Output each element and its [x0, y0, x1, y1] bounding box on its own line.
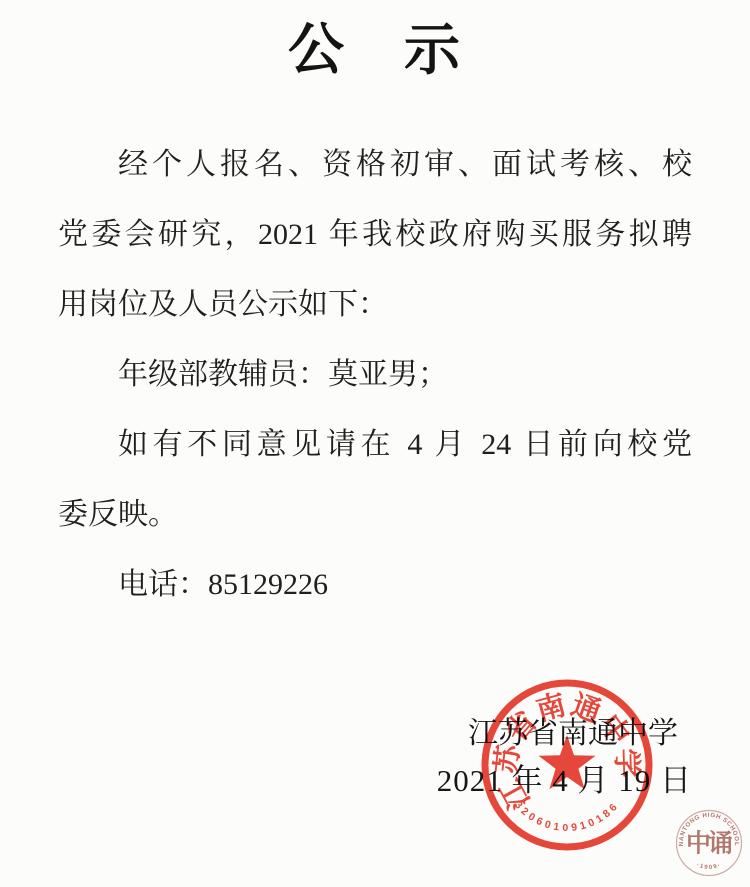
official-seal-stamp: 江苏省南通中学 3206010910186 [477, 675, 657, 855]
body-line: 党委会研究，2021 年我校政府购买服务拟聘 [58, 200, 692, 270]
seal-star-icon [538, 735, 595, 789]
phone-line: 电话：85129226 [58, 550, 692, 620]
page-title: 公 示 [0, 6, 750, 86]
body-line: 经个人报名、资格初审、面试考核、校 [58, 130, 692, 200]
announcement-document: 公 示 经个人报名、资格初审、面试考核、校 党委会研究，2021 年我校政府购买… [0, 0, 750, 887]
logo-year-text: ·1909· [695, 862, 722, 871]
body-line: 委反映。 [58, 480, 692, 550]
logo-center-emblem: 中诵 [686, 830, 733, 858]
body-line: 用岗位及人员公示如下： [58, 270, 692, 340]
school-logo-watermark: NANTONG HIGH SCHOOL ·1909· 中诵 [674, 808, 744, 878]
body-line: 年级部教辅员：莫亚男； [58, 340, 692, 410]
document-body: 经个人报名、资格初审、面试考核、校 党委会研究，2021 年我校政府购买服务拟聘… [58, 130, 692, 620]
body-line: 如有不同意见请在 4 月 24 日前向校党 [58, 410, 692, 480]
seal-serial-number: 3206010910186 [512, 799, 622, 834]
